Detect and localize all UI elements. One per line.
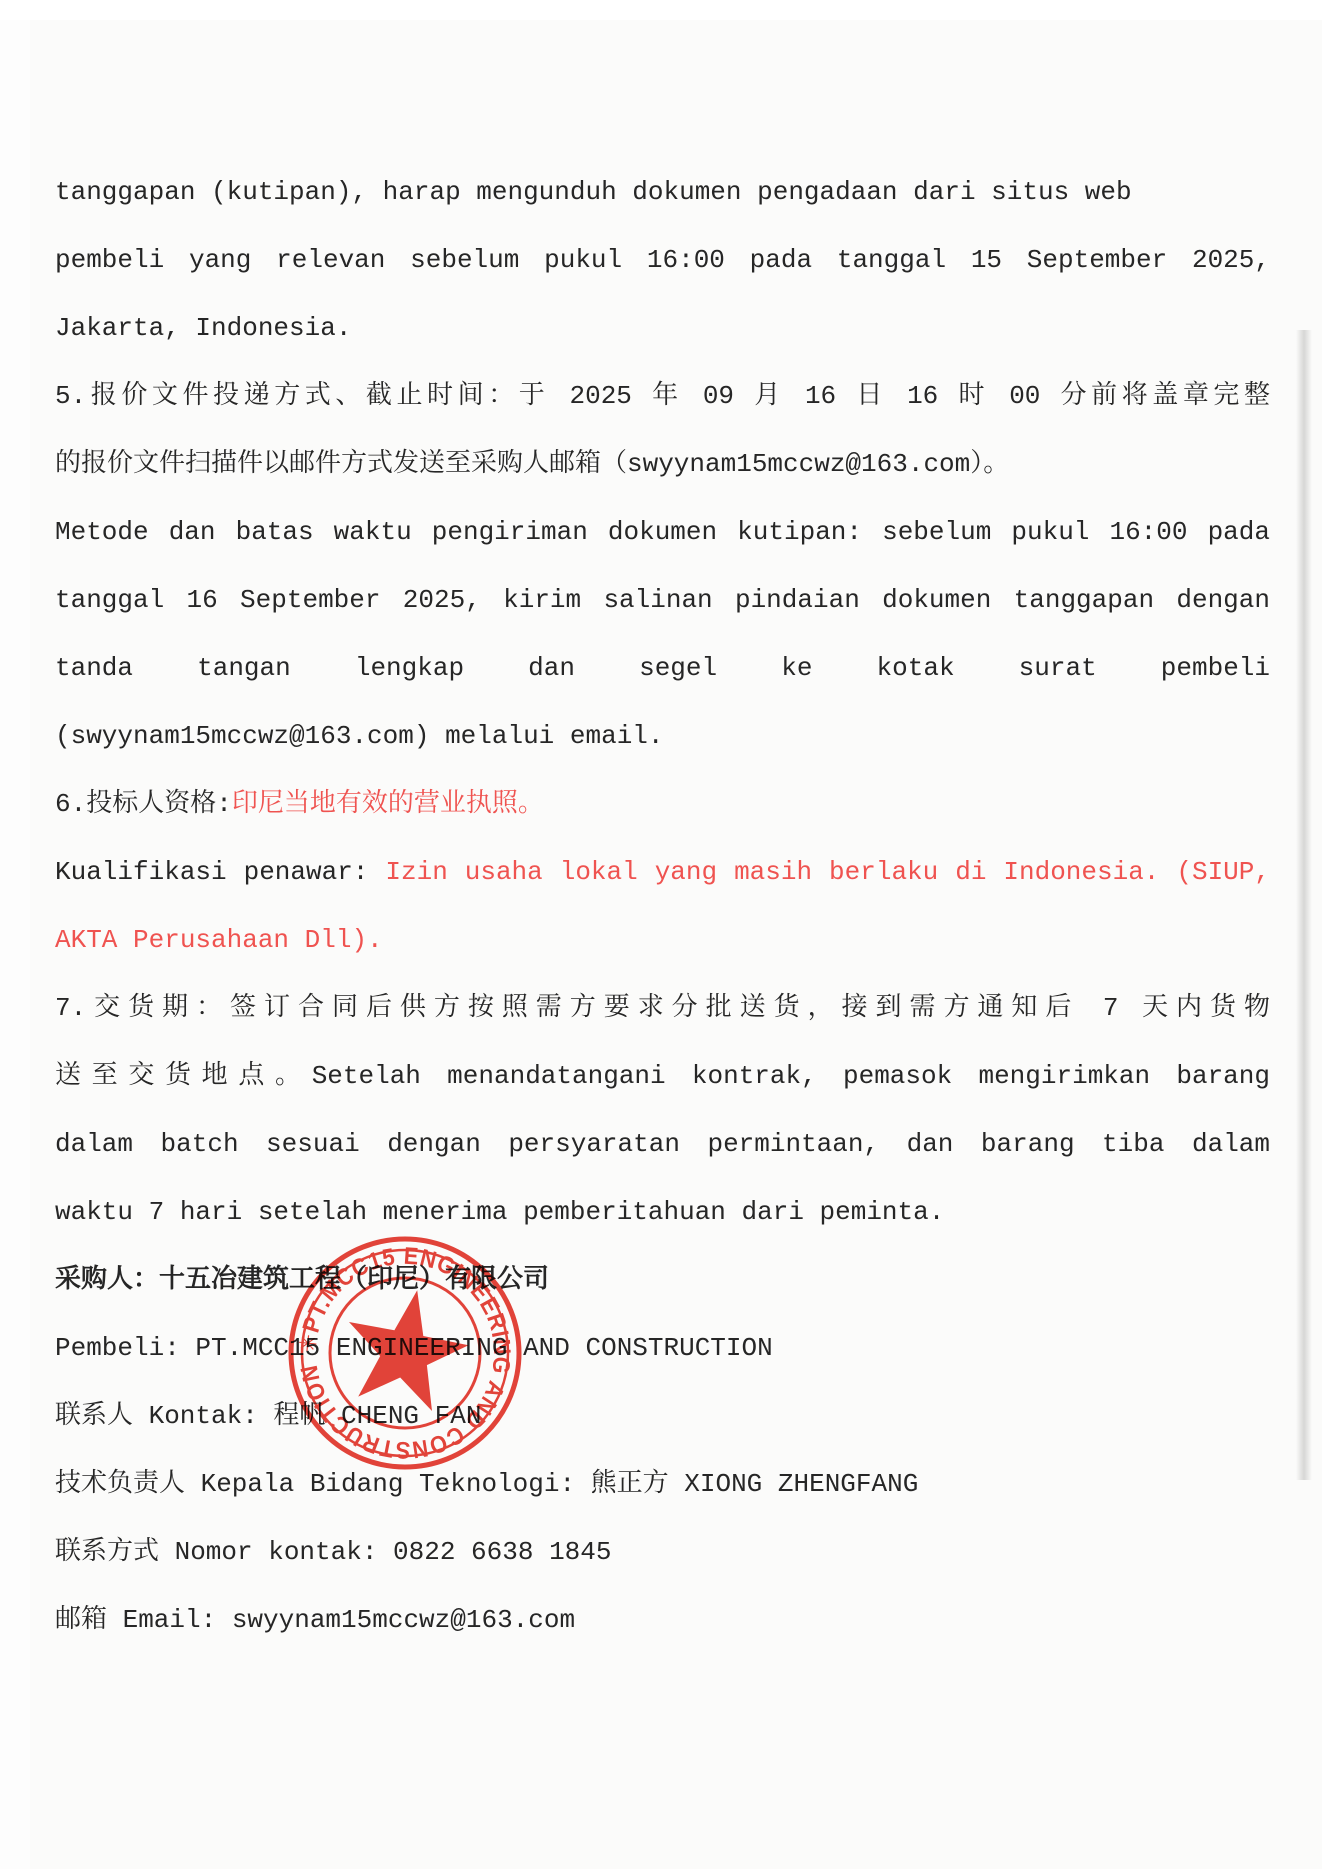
scanned-document-page: tanggapan (kutipan), harap mengunduh dok…	[0, 0, 1322, 1869]
text-segment: tanda tangan lengkap dan segel ke kotak …	[55, 653, 1270, 683]
document-line: 送至交货地点。Setelah menandatangani kontrak, p…	[55, 1042, 1270, 1110]
star-icon	[349, 1290, 469, 1411]
document-body: tanggapan (kutipan), harap mengunduh dok…	[55, 158, 1270, 1654]
text-segment: Kualifikasi penawar:	[55, 857, 368, 887]
text-segment: 7.交货期：签订合同后供方按照需方要求分批送货，接到需方通知后 7 天内货物	[55, 993, 1270, 1023]
text-segment: 送至交货地点。Setelah menandatangani kontrak, p…	[55, 1061, 1270, 1091]
document-line: 联系人 Kontak: 程帆 CHENG FAN	[55, 1382, 1270, 1450]
document-line: 技术负责人 Kepala Bidang Teknologi: 熊正方 XIONG…	[55, 1450, 1270, 1518]
document-line: tanda tangan lengkap dan segel ke kotak …	[55, 634, 1270, 702]
document-line: Kualifikasi penawar: Izin usaha lokal ya…	[55, 838, 1270, 906]
document-line: waktu 7 hari setelah menerima pemberitah…	[55, 1178, 1270, 1246]
scan-edge-top	[0, 0, 1322, 20]
document-line: 采购人：十五冶建筑工程（印尼）有限公司	[55, 1246, 1270, 1314]
document-line: tanggapan (kutipan), harap mengunduh dok…	[55, 158, 1270, 226]
text-segment: pembeli yang relevan sebelum pukul 16:00…	[55, 245, 1270, 275]
document-line: (swyynam15mccwz@163.com) melalui email.	[55, 702, 1270, 770]
document-line: 联系方式 Nomor kontak: 0822 6638 1845	[55, 1518, 1270, 1586]
text-segment: 联系方式 Nomor kontak: 0822 6638 1845	[55, 1537, 611, 1567]
text-segment: dalam batch sesuai dengan persyaratan pe…	[55, 1129, 1270, 1159]
document-line: 7.交货期：签订合同后供方按照需方要求分批送货，接到需方通知后 7 天内货物	[55, 974, 1270, 1042]
text-segment: waktu 7 hari setelah menerima pemberitah…	[55, 1197, 944, 1227]
document-line: 的报价文件扫描件以邮件方式发送至采购人邮箱（swyynam15mccwz@163…	[55, 430, 1270, 498]
text-segment: 6.投标人资格:	[55, 789, 232, 819]
scan-edge-left	[0, 0, 30, 1869]
text-segment: Izin usaha lokal yang masih berlaku di I…	[368, 857, 1270, 887]
text-segment: tanggapan (kutipan), harap mengunduh dok…	[55, 177, 1132, 207]
text-segment: 技术负责人 Kepala Bidang Teknologi: 熊正方 XIONG…	[55, 1469, 918, 1499]
document-line: 5.报价文件投递方式、截止时间：于 2025 年 09 月 16 日 16 时 …	[55, 362, 1270, 430]
document-line: Pembeli: PT.MCC15 ENGINEERING AND CONSTR…	[55, 1314, 1270, 1382]
text-segment: Metode dan batas waktu pengiriman dokume…	[55, 517, 1270, 547]
text-segment: Jakarta, Indonesia.	[55, 313, 351, 343]
document-line: dalam batch sesuai dengan persyaratan pe…	[55, 1110, 1270, 1178]
text-segment: AKTA Perusahaan Dll).	[55, 925, 383, 955]
text-segment: 邮箱 Email: swyynam15mccwz@163.com	[55, 1605, 575, 1635]
document-line: Jakarta, Indonesia.	[55, 294, 1270, 362]
text-segment: 5.报价文件投递方式、截止时间：于 2025 年 09 月 16 日 16 时 …	[55, 381, 1270, 411]
document-line: pembeli yang relevan sebelum pukul 16:00…	[55, 226, 1270, 294]
stamp-graphic: ✳PT.MCC15 ENGINEERING AND CONSTRUCTION	[285, 1233, 525, 1473]
scan-shadow-right	[1296, 330, 1312, 1480]
document-line: tanggal 16 September 2025, kirim salinan…	[55, 566, 1270, 634]
text-segment: tanggal 16 September 2025, kirim salinan…	[55, 585, 1270, 615]
company-stamp: ✳PT.MCC15 ENGINEERING AND CONSTRUCTION	[285, 1233, 525, 1473]
document-line: AKTA Perusahaan Dll).	[55, 906, 1270, 974]
text-segment: 印尼当地有效的营业执照。	[232, 789, 544, 819]
document-line: Metode dan batas waktu pengiriman dokume…	[55, 498, 1270, 566]
text-segment: 的报价文件扫描件以邮件方式发送至采购人邮箱（swyynam15mccwz@163…	[55, 449, 1009, 479]
document-line: 邮箱 Email: swyynam15mccwz@163.com	[55, 1586, 1270, 1654]
text-segment: (swyynam15mccwz@163.com) melalui email.	[55, 721, 664, 751]
document-line: 6.投标人资格:印尼当地有效的营业执照。	[55, 770, 1270, 838]
